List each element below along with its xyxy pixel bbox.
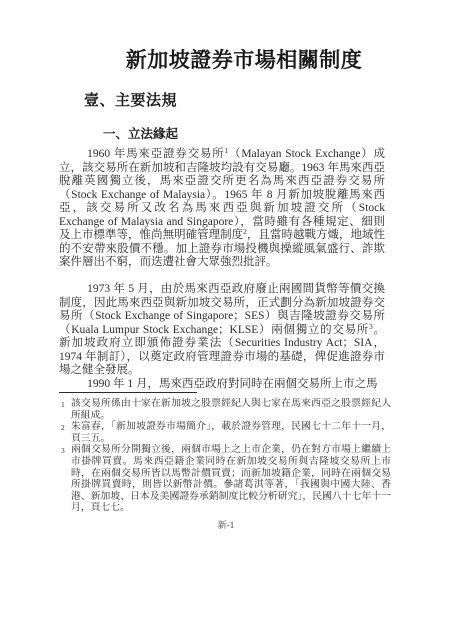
section-heading: 壹、主要法規	[84, 89, 177, 110]
footnote-ref: 2	[243, 227, 247, 236]
paragraph: 1960 年馬來亞證券交易所1（Malayan Stock Exchange）成…	[59, 148, 385, 270]
paragraph: 1990 年 1 月，馬來西亞政府對同時在兩個交易所上市之馬	[59, 378, 385, 392]
footnote-separator	[59, 392, 197, 393]
footnote-item: 1該交易所係由十家在新加坡之股票經紀人與七家在馬來西亞之股票經紀人所組成。	[61, 398, 391, 421]
paragraph: 1973 年 5 月，由於馬來西亞政府廢止兩國間貨幣等價交換制度，因此馬來西亞與…	[59, 283, 385, 378]
page-title: 新加坡證券市場相關制度	[36, 44, 452, 74]
body-paragraphs: 1960 年馬來亞證券交易所1（Malayan Stock Exchange）成…	[59, 148, 385, 391]
footnote-ref: 3	[369, 322, 373, 331]
subsection-heading: 一、立法緣起	[103, 124, 178, 142]
page-number: 新-1	[0, 518, 452, 531]
footnote-marker: 2	[61, 421, 71, 433]
document-page: 新加坡證券市場相關制度 壹、主要法規 一、立法緣起 1960 年馬來亞證券交易所…	[0, 0, 452, 640]
footnote-item: 2朱富春，「新加坡證券市場簡介」，載於證券管理，民國七十二年十一月，頁三五。	[61, 421, 391, 444]
footnote-text: 朱富春，「新加坡證券市場簡介」，載於證券管理，民國七十二年十一月，頁三五。	[71, 421, 391, 444]
footnote-item: 3兩個交易所分開獨立後，兩個市場上之上市企業，仍在對方市場上繼續上市掛牌買賣。馬…	[61, 444, 391, 514]
footnote-ref: 1	[224, 146, 228, 155]
footnote-text: 該交易所係由十家在新加坡之股票經紀人與七家在馬來西亞之股票經紀人所組成。	[71, 398, 391, 421]
footnotes: 1該交易所係由十家在新加坡之股票經紀人與七家在馬來西亞之股票經紀人所組成。2朱富…	[61, 398, 391, 514]
footnote-text: 兩個交易所分開獨立後，兩個市場上之上市企業，仍在對方市場上繼續上市掛牌買賣。馬來…	[71, 444, 391, 514]
footnote-marker: 3	[61, 444, 71, 456]
footnote-marker: 1	[61, 398, 71, 410]
